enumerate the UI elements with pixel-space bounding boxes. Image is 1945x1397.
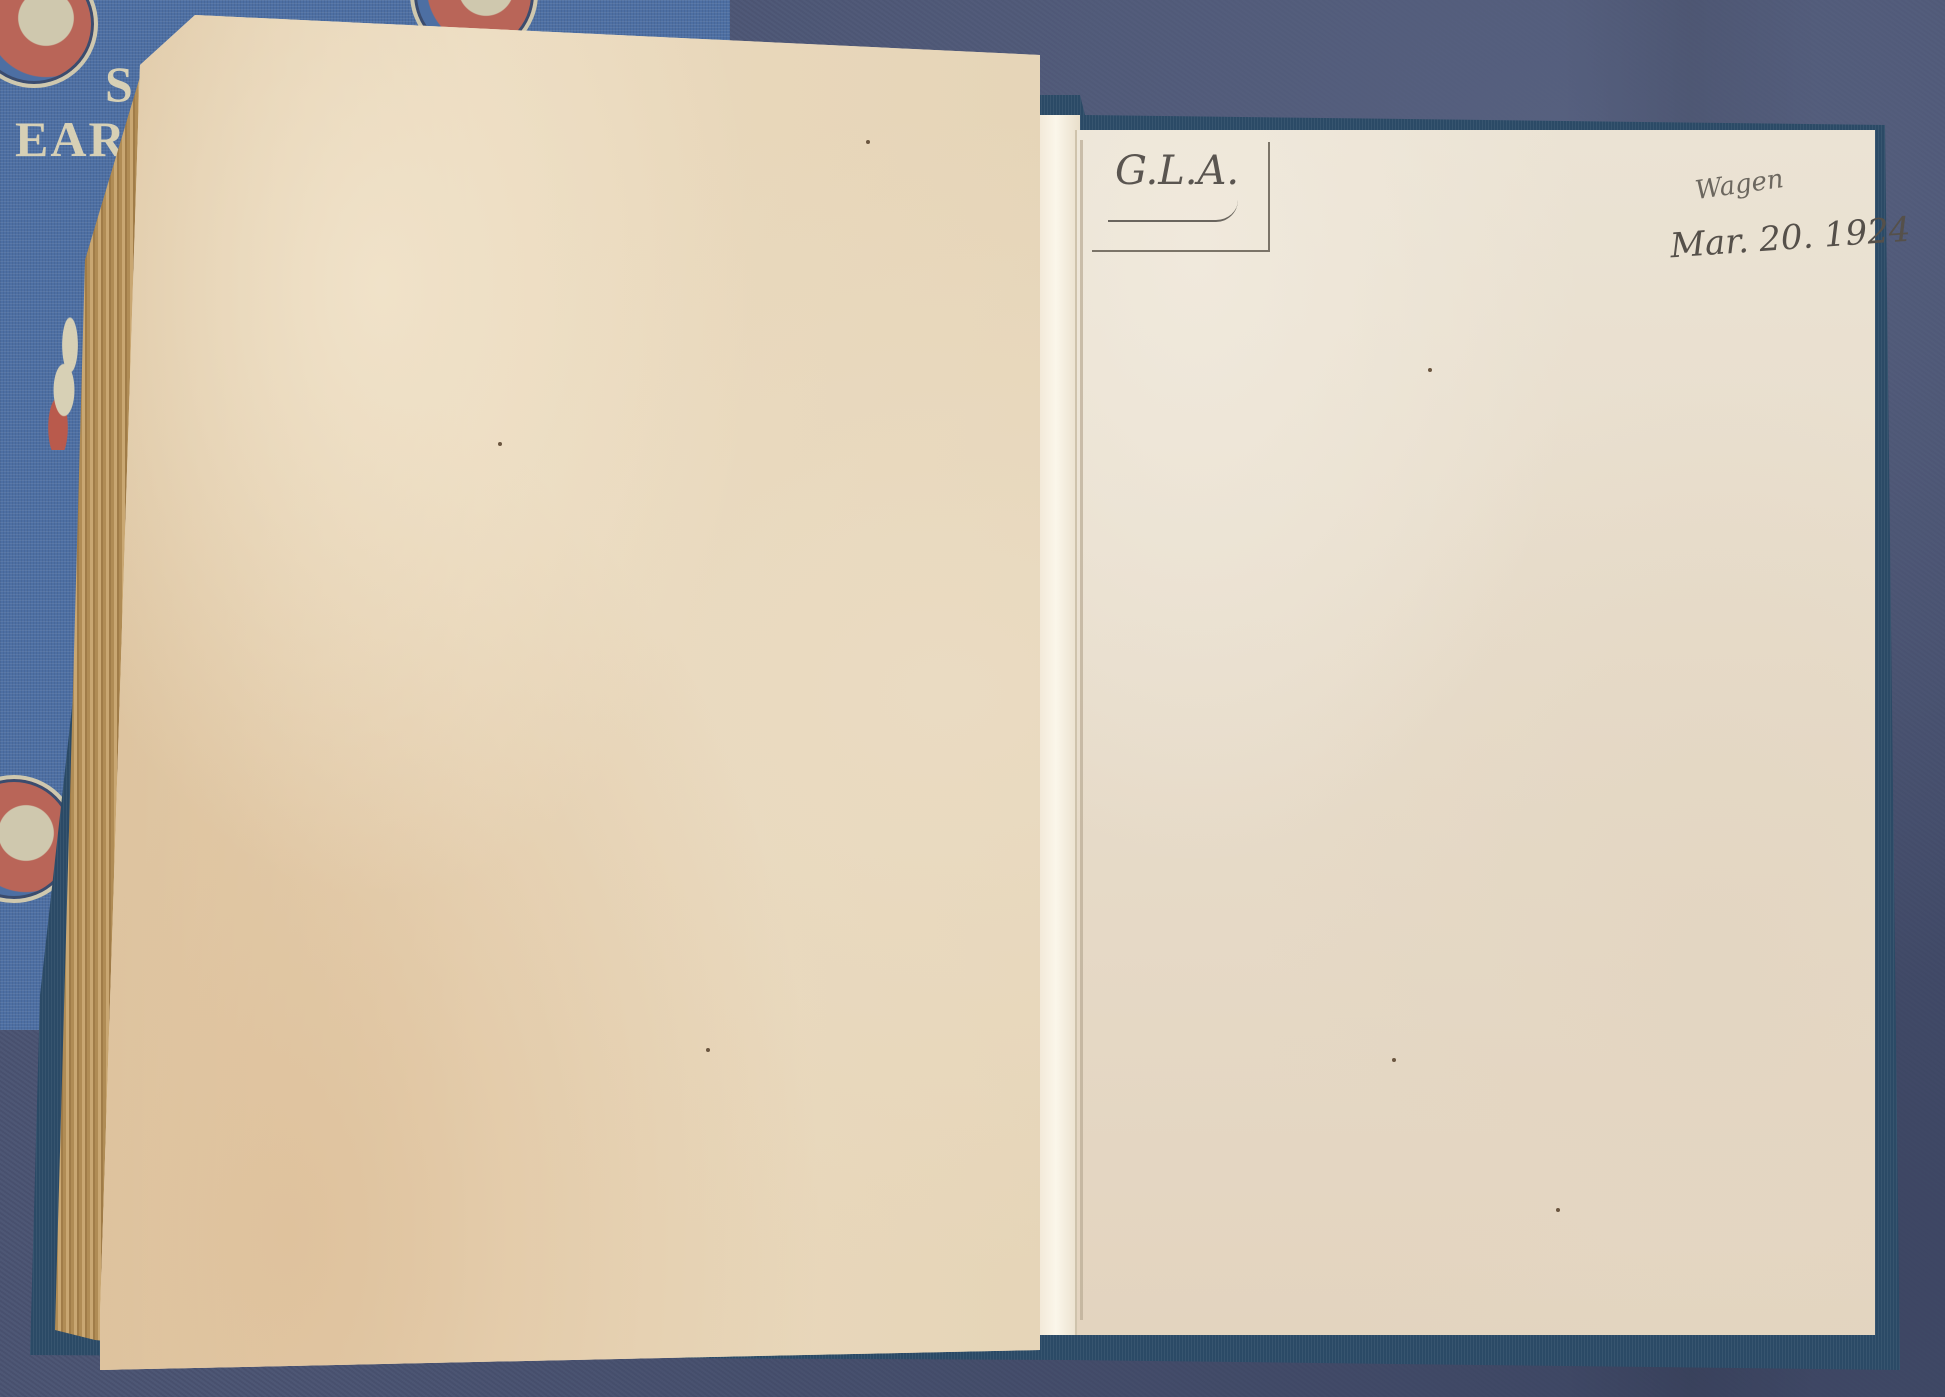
owner-initials: G.L.A.	[1115, 148, 1239, 194]
initials-flourish	[1108, 200, 1238, 222]
foxing-spot	[1428, 368, 1432, 372]
under-book-title-fragment-1: S	[105, 55, 135, 113]
foxing-spot	[866, 140, 870, 144]
under-book-title-fragment-2: EAR	[15, 110, 127, 168]
hinge-crack-line	[1080, 140, 1083, 1320]
foxing-spot	[498, 442, 502, 446]
gutter-hinge	[1040, 115, 1080, 1335]
foxing-spot	[1392, 1058, 1396, 1062]
foxing-spot	[1556, 1208, 1560, 1212]
foxing-spot	[706, 1048, 710, 1052]
portrait-medallion-top-left	[0, 0, 98, 88]
left-endpaper	[100, 15, 1040, 1370]
right-pastedown	[1075, 130, 1875, 1335]
